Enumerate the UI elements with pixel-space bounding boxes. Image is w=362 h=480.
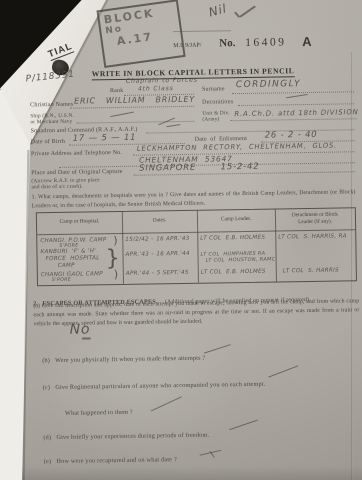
pencil-dash — [166, 124, 180, 128]
ship-label-2: or Merchant Navy — [30, 119, 72, 126]
question-2c: (c) Give Regimental particulars of anyon… — [43, 381, 266, 392]
mi9-ref-suffix: A — [302, 34, 312, 49]
col-header-dates: Dates. — [122, 217, 197, 225]
camp-row-3-bracket: ) — [114, 268, 119, 281]
service-number: P/118391 — [25, 70, 75, 85]
rank-label: Rank — [110, 88, 124, 95]
field-rule — [147, 128, 355, 133]
col-header-camp: Camp or Hospital. — [37, 218, 122, 226]
col-header-leader: Camp Leader. — [197, 216, 275, 224]
question-2e: (e) How were you recaptured and on what … — [44, 456, 177, 465]
address-label: Private Address and Telephone No. — [31, 150, 122, 158]
capture-label: Place and Date of Original Capture — [31, 169, 122, 177]
camp-row-2-name: KANBURI 'F' & 'H' — [40, 248, 96, 255]
mi9-ref-prefix: M.I. 9/JAP/ — [173, 43, 201, 49]
camp-row-1-dates: 15/2/42 – 16 APR.'43 — [125, 236, 189, 243]
decorations-label: Decorations — [202, 99, 233, 106]
mi9-no-label: No. — [219, 37, 235, 49]
mi9-ref-number: 16409 — [245, 36, 286, 49]
date-of-birth-label: Date of Birth — [31, 139, 65, 146]
pencil-dash — [151, 396, 182, 412]
field-rule — [76, 120, 194, 124]
capture-note-2: and date of a/c crash). — [31, 184, 82, 191]
christian-names-value: ERIC WILLIAM BRIDLEY — [74, 95, 195, 106]
rank-value-1: Chaplain to Forces — [126, 77, 198, 85]
camp-row-2-leader-2: LT COL HOUSTON, RAMC — [206, 257, 276, 264]
camp-row-3-name-2: S'PORE — [52, 278, 71, 283]
scanned-pow-questionnaire: TIAL BLOCK No A.17 Nil M.I. 9/JAP/ No. 1… — [0, 0, 362, 480]
christian-names-label: Christian Names — [30, 102, 73, 110]
surname-value: CORDINGLY — [236, 79, 301, 90]
pencil-dash — [110, 112, 134, 118]
answer-2a: No — [70, 321, 91, 337]
block-number-rule — [173, 30, 231, 32]
question-2d: (d) Give briefly your experiences during… — [43, 432, 209, 442]
handwritten-nil: Nil — [207, 1, 228, 19]
surname-label: Surname — [202, 86, 225, 93]
camps-table: Camp or Hospital. Dates. Camp Leader. De… — [36, 207, 357, 286]
question-2b: (b) Were you physically fit when you mad… — [42, 355, 205, 365]
pencil-dash — [268, 365, 298, 378]
pencil-dash — [229, 420, 258, 431]
camp-row-3-name: CHANGI GAOL CAMP — [41, 271, 103, 278]
camp-row-2-dates: APR.'43 – 16 APR.'44 — [125, 251, 189, 258]
camp-row-3-detachment: LT COL S. HARRIS — [283, 268, 339, 275]
camp-row-1-detachment: LT COL S. HARRIS, RA — [278, 233, 347, 240]
unit-label-2: (Army) — [202, 116, 219, 122]
field-rule — [238, 102, 354, 106]
camp-row-1-leader: LT COL E.B. HOLMES — [200, 235, 265, 242]
field-rule — [232, 90, 354, 94]
camp-row-3-dates: APR.'44 – 5 SEPT.'45 — [126, 270, 189, 277]
pencil-tick — [239, 5, 256, 18]
pencil-dash — [204, 344, 231, 354]
rank-value-2: 4th Class — [138, 85, 174, 93]
col-header-detachment-2: Leader (If any). — [275, 218, 355, 226]
question-2c2: What happened to them ? — [65, 409, 133, 417]
pencil-underline — [82, 337, 91, 339]
camp-row-2-name-3: CAMP — [58, 263, 75, 269]
camp-row-3-leader: LT COL E.B. HOLMES — [201, 269, 266, 276]
block-number-stamp: BLOCK No A.17 — [96, 0, 185, 68]
camp-row-2-name-2: FORCE HOSPITAL — [46, 255, 100, 262]
pencil-dash — [286, 94, 308, 99]
